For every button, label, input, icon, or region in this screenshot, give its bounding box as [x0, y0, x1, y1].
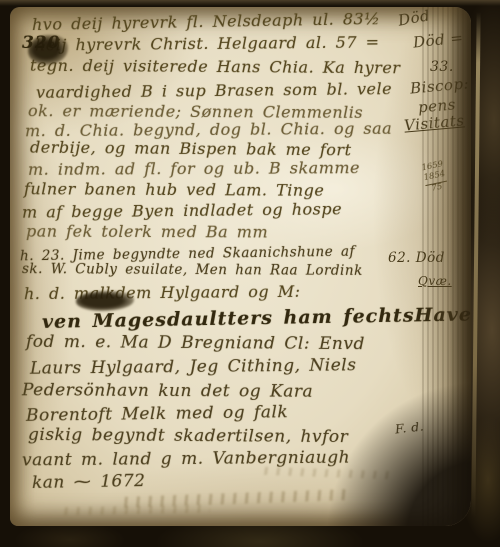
handwritten-line: derbije, og man Bispen bak me fort — [30, 140, 352, 159]
manuscript-page: hvo deij hyrevrk fl. Nelsdeaph ul. 83½ h… — [10, 7, 471, 526]
handwritten-line: vaardighed B i sup Brasen som bl. vele — [36, 81, 392, 101]
handwritten-line: Laurs Hylgaard, Jeg Cithing, Niels — [30, 357, 357, 377]
handwritten-line: h. d. malkdem Hylgaard og M: — [24, 284, 301, 302]
handwritten-line: m. d. Chia. begynd, dog bl. Chia. og saa — [25, 121, 392, 140]
handwritten-line: tegn. deij visiterede Hans Chia. Ka hyre… — [30, 58, 401, 77]
ink-bleed-through — [60, 505, 210, 516]
handwritten-line: Pedersönhavn kun det og Kara — [22, 382, 313, 401]
corner-shadow — [321, 376, 471, 526]
handwritten-line: hvo deij hyrevrk fl. Nelsdeaph ul. 83½ — [32, 11, 380, 33]
handwritten-line: sk. W. Cubly esuilate, Men han Raa Lordi… — [22, 263, 363, 278]
handwritten-line: kan ⁓ 1672 — [32, 473, 146, 492]
handwritten-line: fulner banen hub ved Lam. Tinge — [24, 181, 324, 199]
handwritten-line: Borentoft Melk med og falk — [26, 404, 288, 425]
handwritten-line: m. indm. ad fl. for og ub. B skamme — [28, 160, 360, 178]
handwritten-line: m af begge Byen indladet og hospe — [22, 201, 342, 220]
handwritten-line: vaant m. land g m. Vanbergniaugh — [22, 450, 350, 470]
handwritten-line: pan fek tolerk med Ba mm — [26, 224, 268, 241]
handwritten-line: heij hyrevrk Christ. Helgaard al. 57 = — [35, 34, 380, 53]
manuscript-photo: hvo deij hyrevrk fl. Nelsdeaph ul. 83½ h… — [0, 0, 500, 547]
handwritten-line: fod m. e. Ma D Bregniand Cl: Envd — [26, 334, 365, 353]
handwritten-line: ok. er mæriende; Sønnen Clemmenlis — [28, 103, 363, 121]
ink-blot — [76, 291, 134, 311]
handwritten-line: giskig begyndt skadertilsen, hvfor — [28, 427, 348, 446]
page-edge-highlight — [471, 12, 480, 517]
